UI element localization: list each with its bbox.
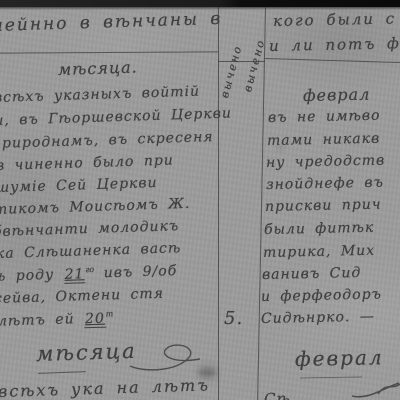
handwritten-line: ы, въ Гѣоршевской Церкви bbox=[0, 105, 232, 129]
handwritten-header-line: и ли потъ ф bbox=[269, 34, 400, 55]
entry-number: 5. bbox=[224, 308, 243, 329]
handwritten-line: тирика, Мих bbox=[263, 243, 375, 261]
heading-underline bbox=[38, 371, 86, 374]
superscript: т bbox=[106, 309, 114, 318]
big-month-heading: феврал bbox=[295, 345, 384, 371]
age-line-prefix: лѣтъ ей bbox=[0, 311, 84, 330]
ruled-line-vertical-1 bbox=[218, 7, 219, 400]
handwritten-line: знойднефе въ bbox=[266, 175, 384, 193]
handwritten-line: бвѣнчанти молодикъ bbox=[0, 218, 179, 240]
section-heading: мѣсяца. bbox=[58, 58, 138, 79]
big-month-heading: мѣсяца bbox=[36, 339, 137, 366]
handwritten-line: тикомъ Моисѣомъ Ж. bbox=[0, 196, 191, 218]
handwritten-line: природнамъ, въ скресеня bbox=[0, 129, 214, 152]
handwritten-line: шуміе Сей Церкви bbox=[0, 175, 158, 196]
handwritten-line-clipped: всѣхъ ука на лѣтъ bbox=[0, 375, 210, 400]
handwritten-line-clipped: Сѣ bbox=[264, 389, 291, 400]
handwritten-line: тами никакв bbox=[267, 131, 380, 149]
age-line-suffix: ивъ 9/об bbox=[94, 263, 177, 282]
underlined-number: 20 bbox=[84, 310, 106, 328]
handwritten-line: сейва, Октени стя bbox=[0, 286, 164, 307]
handwritten-age-line: ъ роду 21го ивъ 9/об bbox=[0, 262, 177, 284]
handwritten-line: в чиненно было при bbox=[0, 152, 174, 174]
handwritten-header-line: кого были с bbox=[273, 9, 396, 30]
ink-flourish bbox=[128, 340, 204, 374]
heading-underline bbox=[300, 376, 362, 378]
section-heading: феврал bbox=[303, 85, 371, 105]
underlined-number: 21 bbox=[63, 266, 85, 284]
scan-edge-band bbox=[0, 0, 400, 7]
ruled-line-horizontal-left bbox=[0, 51, 218, 53]
handwritten-line: Сидѣнрко. — bbox=[261, 309, 375, 327]
age-line-prefix: ъ роду bbox=[0, 267, 64, 285]
ink-flourish bbox=[350, 380, 400, 400]
handwritten-line: всѣхъ указныхъ войтій bbox=[0, 84, 200, 106]
handwritten-line: были фитѣк bbox=[264, 220, 375, 238]
ruled-line-horizontal-right bbox=[265, 58, 400, 63]
handwritten-line: ну чредодств bbox=[266, 153, 386, 171]
rotated-margin-note: вычено bbox=[218, 43, 245, 99]
handwritten-line: и ферфеодоръ bbox=[261, 286, 382, 305]
handwritten-line: ка Слѣшаненка васѣ bbox=[0, 240, 181, 262]
handwritten-age-line: лѣтъ ей 20т bbox=[0, 309, 114, 329]
handwritten-header-line: лейнно в вѣнчаны в bbox=[0, 9, 223, 36]
handwritten-line: прискви прич bbox=[265, 197, 382, 215]
scanned-register-page: лейнно в вѣнчаны в мѣсяца. всѣхъ указных… bbox=[0, 0, 400, 400]
handwritten-line: ванивъ Сид bbox=[262, 265, 362, 283]
handwritten-line: въ не имѣво bbox=[268, 108, 381, 126]
